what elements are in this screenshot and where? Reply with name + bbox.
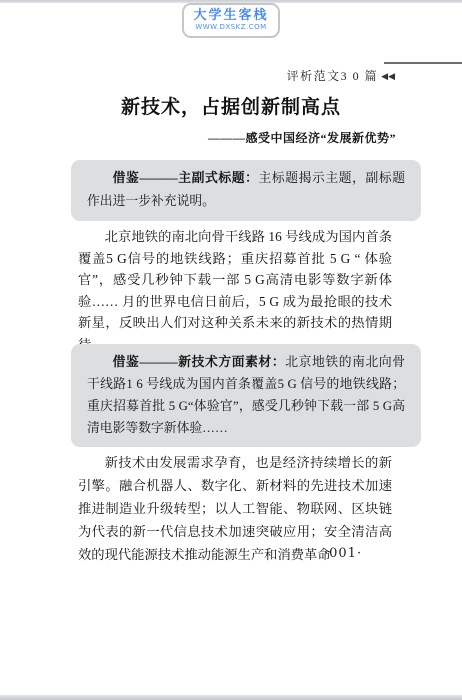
watermark-logo-url: WWW.DXSKZ.COM xyxy=(195,23,266,32)
left-arrows-icon: ◀◀ xyxy=(381,71,395,81)
book-page: 大学生客栈 WWW.DXSKZ.COM 评析范文3 0 篇◀◀ 新技术，占据创新… xyxy=(0,0,462,700)
annotation-box-material: 借鉴———新技术方面素材：北京地铁的南北向骨干线路1 6 号线成为国内首条覆盖5… xyxy=(71,344,421,447)
page-number: ·001· xyxy=(324,546,362,561)
article-subtitle: ———感受中国经济“发展新优势” xyxy=(208,129,396,146)
annotation-lead: 借鉴———新技术方面素材： xyxy=(113,355,286,369)
header-rule xyxy=(384,62,462,64)
running-header-text: 评析范文3 0 篇 xyxy=(287,69,379,83)
page-bottom-edge xyxy=(0,695,462,700)
running-header: 评析范文3 0 篇◀◀ xyxy=(0,67,395,84)
paragraph-1: 北京地铁的南北向骨干线路 16 号线成为国内首条覆盖5 G信号的地铁线路；重庆招… xyxy=(78,226,392,355)
annotation-lead: 借鉴———主副式标题： xyxy=(113,171,259,185)
watermark-logo: 大学生客栈 WWW.DXSKZ.COM xyxy=(182,3,280,38)
watermark-logo-title: 大学生客栈 xyxy=(193,9,268,23)
annotation-box-title-type: 借鉴———主副式标题：主标题揭示主题，副标题作出进一步补充说明。 xyxy=(71,160,421,221)
article-title: 新技术，占据创新制高点 xyxy=(0,92,462,119)
